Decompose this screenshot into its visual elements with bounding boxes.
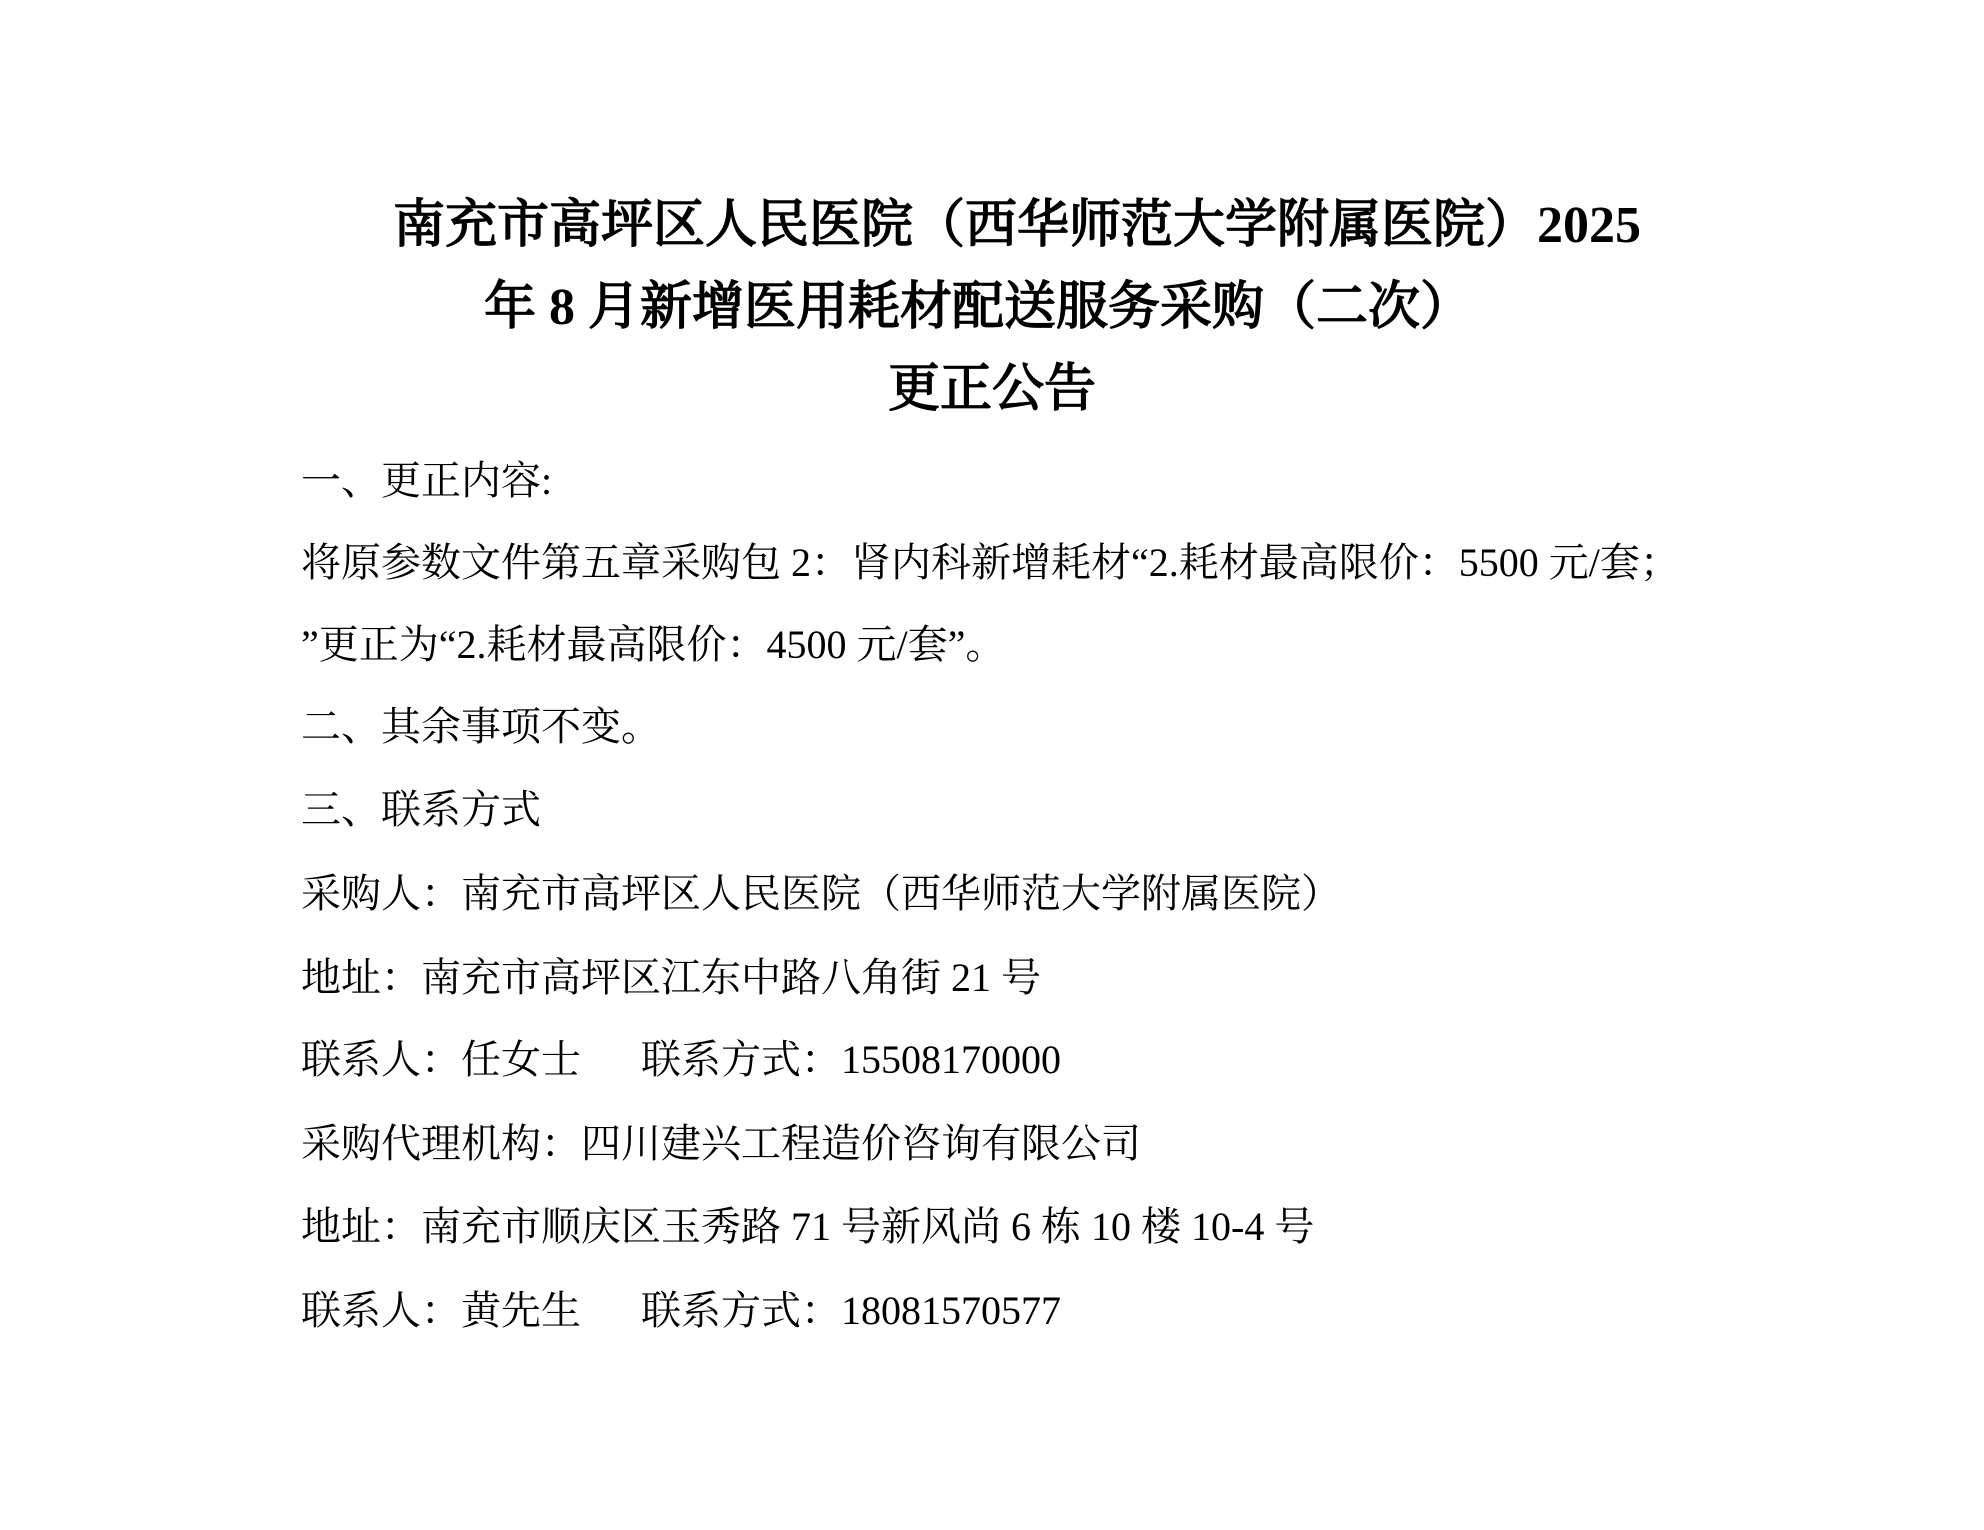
title-line-2: 年 8 月新增医用耗材配送服务采购（二次） [484,278,1472,338]
agency-line: 采购代理机构：四川建兴工程造价咨询有限公司 [301,1120,1141,1168]
section-1-heading: 一、更正内容: [301,457,552,505]
correction-text-line-1: 将原参数文件第五章采购包 2：肾内科新增耗材“2.耗材最高限价：5500 元/套… [301,539,1680,587]
purchaser-contact-phone: 联系方式：15508170000 [641,1037,1061,1082]
agency-contact-line: 联系人：黄先生联系方式：18081570577 [301,1287,1061,1335]
title-line-3: 更正公告 [0,360,1984,420]
purchaser-contact-person: 联系人：任女士 [301,1037,581,1082]
purchaser-address-line: 地址：南充市高坪区江东中路八角街 21 号 [301,954,1041,1002]
purchaser-line: 采购人：南充市高坪区人民医院（西华师范大学附属医院） [301,870,1341,918]
title-line-1: 南充市高坪区人民医院（西华师范大学附属医院）2025 [393,196,1641,256]
purchaser-contact-line: 联系人：任女士联系方式：15508170000 [301,1036,1061,1084]
agency-contact-person: 联系人：黄先生 [301,1288,581,1333]
correction-text-line-2: ”更正为“2.耗材最高限价：4500 元/套”。 [301,621,1005,669]
section-2-heading: 二、其余事项不变。 [301,703,661,751]
agency-contact-phone: 联系方式：18081570577 [641,1288,1061,1333]
section-3-heading: 三、联系方式 [301,786,541,834]
agency-address-line: 地址：南充市顺庆区玉秀路 71 号新风尚 6 栋 10 楼 10-4 号 [301,1203,1314,1251]
